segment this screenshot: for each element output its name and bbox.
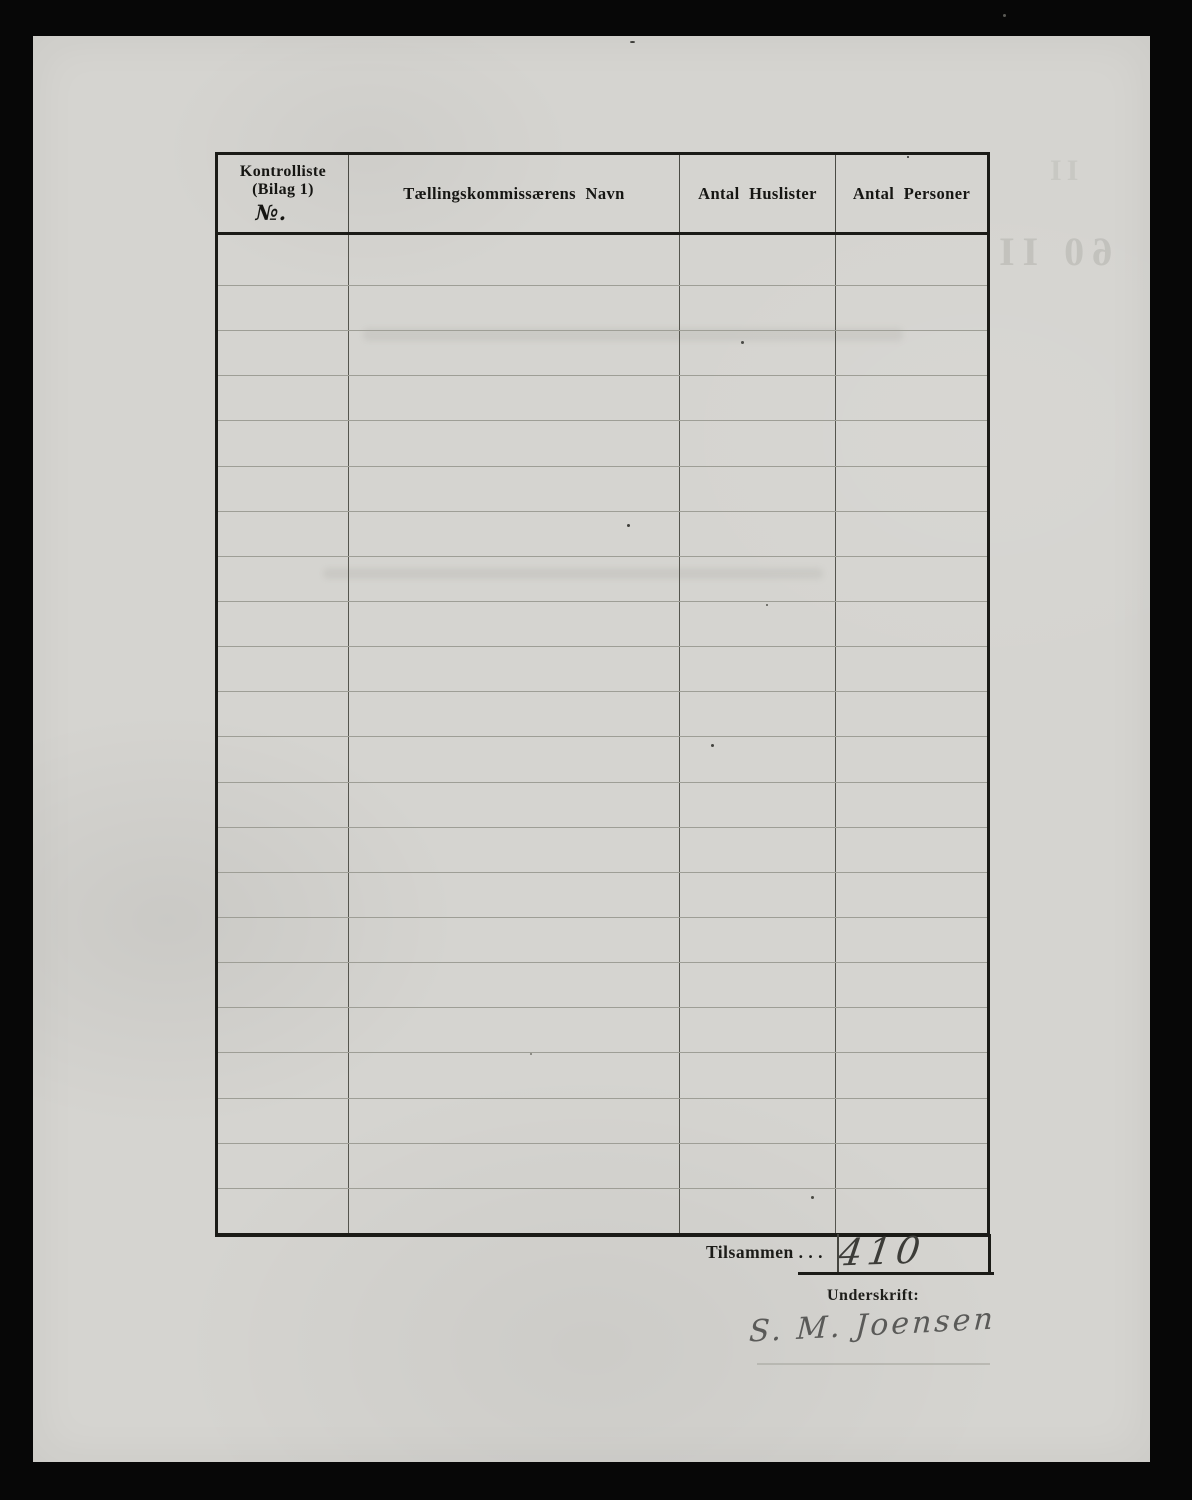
header-label: (Bilag 1) [252,181,314,199]
table-cell [835,331,987,375]
table-header-row: Kontrolliste (Bilag 1) №. Tællingskommis… [218,155,987,235]
table-cell [679,1144,835,1188]
table-row [218,917,987,962]
table-cell [218,1099,348,1143]
table-cell [835,1189,987,1233]
table-cell [348,512,679,556]
table-cell [679,1053,835,1097]
table-cell [835,235,987,285]
table-row [218,285,987,330]
table-cell [218,286,348,330]
control-list-table: Kontrolliste (Bilag 1) №. Tællingskommis… [215,152,990,1237]
total-underline [798,1272,994,1275]
total-box-right-edge [988,1234,991,1272]
table-cell [218,963,348,1007]
table-cell [835,1053,987,1097]
table-cell [348,828,679,872]
table-cell [348,286,679,330]
table-cell [348,918,679,962]
table-cell [218,235,348,285]
table-cell [218,783,348,827]
table-cell [835,783,987,827]
table-cell [218,1144,348,1188]
table-cell [835,602,987,646]
header-label: Antal Huslister [698,184,817,204]
table-cell [348,963,679,1007]
table-row [218,375,987,420]
dust-speck [741,341,744,344]
table-cell [679,421,835,465]
header-cell-navn: Tællingskommissærens Navn [348,155,679,232]
table-cell [218,1189,348,1233]
table-row [218,736,987,781]
table-cell [348,1144,679,1188]
table-cell [218,1053,348,1097]
table-row [218,420,987,465]
table-row [218,1098,987,1143]
table-cell [835,376,987,420]
table-cell [348,602,679,646]
table-cell [679,602,835,646]
table-cell [218,873,348,917]
table-cell [679,828,835,872]
dust-speck [766,604,768,606]
table-cell [679,467,835,511]
table-cell [348,467,679,511]
table-cell [218,692,348,736]
table-row [218,330,987,375]
table-cell [835,692,987,736]
total-value-handwritten: 410 [836,1229,928,1275]
table-cell [835,467,987,511]
header-label: Tællingskommissærens Navn [403,184,624,204]
table-cell [348,557,679,601]
table-cell [218,602,348,646]
table-row [218,466,987,511]
table-cell [679,873,835,917]
bleedthrough-text: 60 II [991,228,1112,275]
dust-speck [711,744,714,747]
signature-label: Underskrift: [827,1287,919,1305]
table-cell [835,1008,987,1052]
header-cell-kontrolliste: Kontrolliste (Bilag 1) №. [218,155,348,232]
table-cell [218,376,348,420]
table-cell [835,873,987,917]
paper-sheet: 60 II II Kontrolliste (Bilag 1) №. Tælli… [33,36,1150,1462]
table-cell [835,963,987,1007]
dust-speck [627,524,630,527]
table-cell [218,647,348,691]
table-cell [679,376,835,420]
signature-handwritten: S. M. Joensen [748,1301,996,1349]
table-cell [348,873,679,917]
table-cell [218,512,348,556]
table-cell [835,1099,987,1143]
table-cell [218,918,348,962]
table-cell [348,1053,679,1097]
table-cell [679,331,835,375]
table-row [218,235,987,285]
table-cell [218,421,348,465]
table-cell [218,467,348,511]
table-cell [348,331,679,375]
table-row [218,601,987,646]
header-label: Antal Personer [853,184,970,204]
numero-sign: №. [256,202,287,224]
table-row [218,962,987,1007]
table-cell [348,235,679,285]
table-cell [218,1008,348,1052]
table-row [218,1052,987,1097]
table-row [218,1188,987,1233]
table-cell [348,1008,679,1052]
table-cell [679,512,835,556]
table-cell [835,828,987,872]
table-row [218,691,987,736]
table-cell [679,918,835,962]
table-cell [348,737,679,781]
table-body [218,235,987,1233]
dust-speck [907,156,909,158]
table-cell [218,557,348,601]
table-cell [218,737,348,781]
table-cell [218,828,348,872]
table-cell [835,647,987,691]
table-cell [348,1099,679,1143]
dust-speck [630,41,635,43]
table-cell [679,692,835,736]
table-cell [679,557,835,601]
total-box-divider [837,1234,839,1272]
header-cell-personer: Antal Personer [835,155,987,232]
total-label: Tilsammen . . . [623,1242,823,1263]
header-cell-huslister: Antal Huslister [679,155,835,232]
table-cell [835,918,987,962]
table-cell [835,286,987,330]
dust-speck [530,1053,532,1055]
table-cell [348,376,679,420]
table-cell [348,647,679,691]
table-cell [679,783,835,827]
table-row [218,511,987,556]
bleedthrough-text-small: II [1045,154,1078,188]
table-cell [679,1099,835,1143]
table-row [218,782,987,827]
table-cell [679,286,835,330]
scanned-page: 60 II II Kontrolliste (Bilag 1) №. Tælli… [0,0,1192,1500]
table-cell [348,1189,679,1233]
dust-speck [1003,14,1006,17]
table-cell [835,557,987,601]
table-row [218,872,987,917]
table-row [218,646,987,691]
table-cell [348,783,679,827]
table-cell [348,692,679,736]
table-cell [835,737,987,781]
table-row [218,1007,987,1052]
table-cell [835,421,987,465]
table-cell [835,512,987,556]
table-cell [679,235,835,285]
header-label: Kontrolliste [240,163,326,181]
signature-underline [757,1363,990,1365]
table-row [218,1143,987,1188]
table-cell [679,737,835,781]
dust-speck [811,1196,814,1199]
table-cell [679,1008,835,1052]
table-cell [835,1144,987,1188]
table-cell [348,421,679,465]
table-row [218,827,987,872]
table-cell [679,647,835,691]
table-cell [679,963,835,1007]
table-row [218,556,987,601]
table-cell [218,331,348,375]
